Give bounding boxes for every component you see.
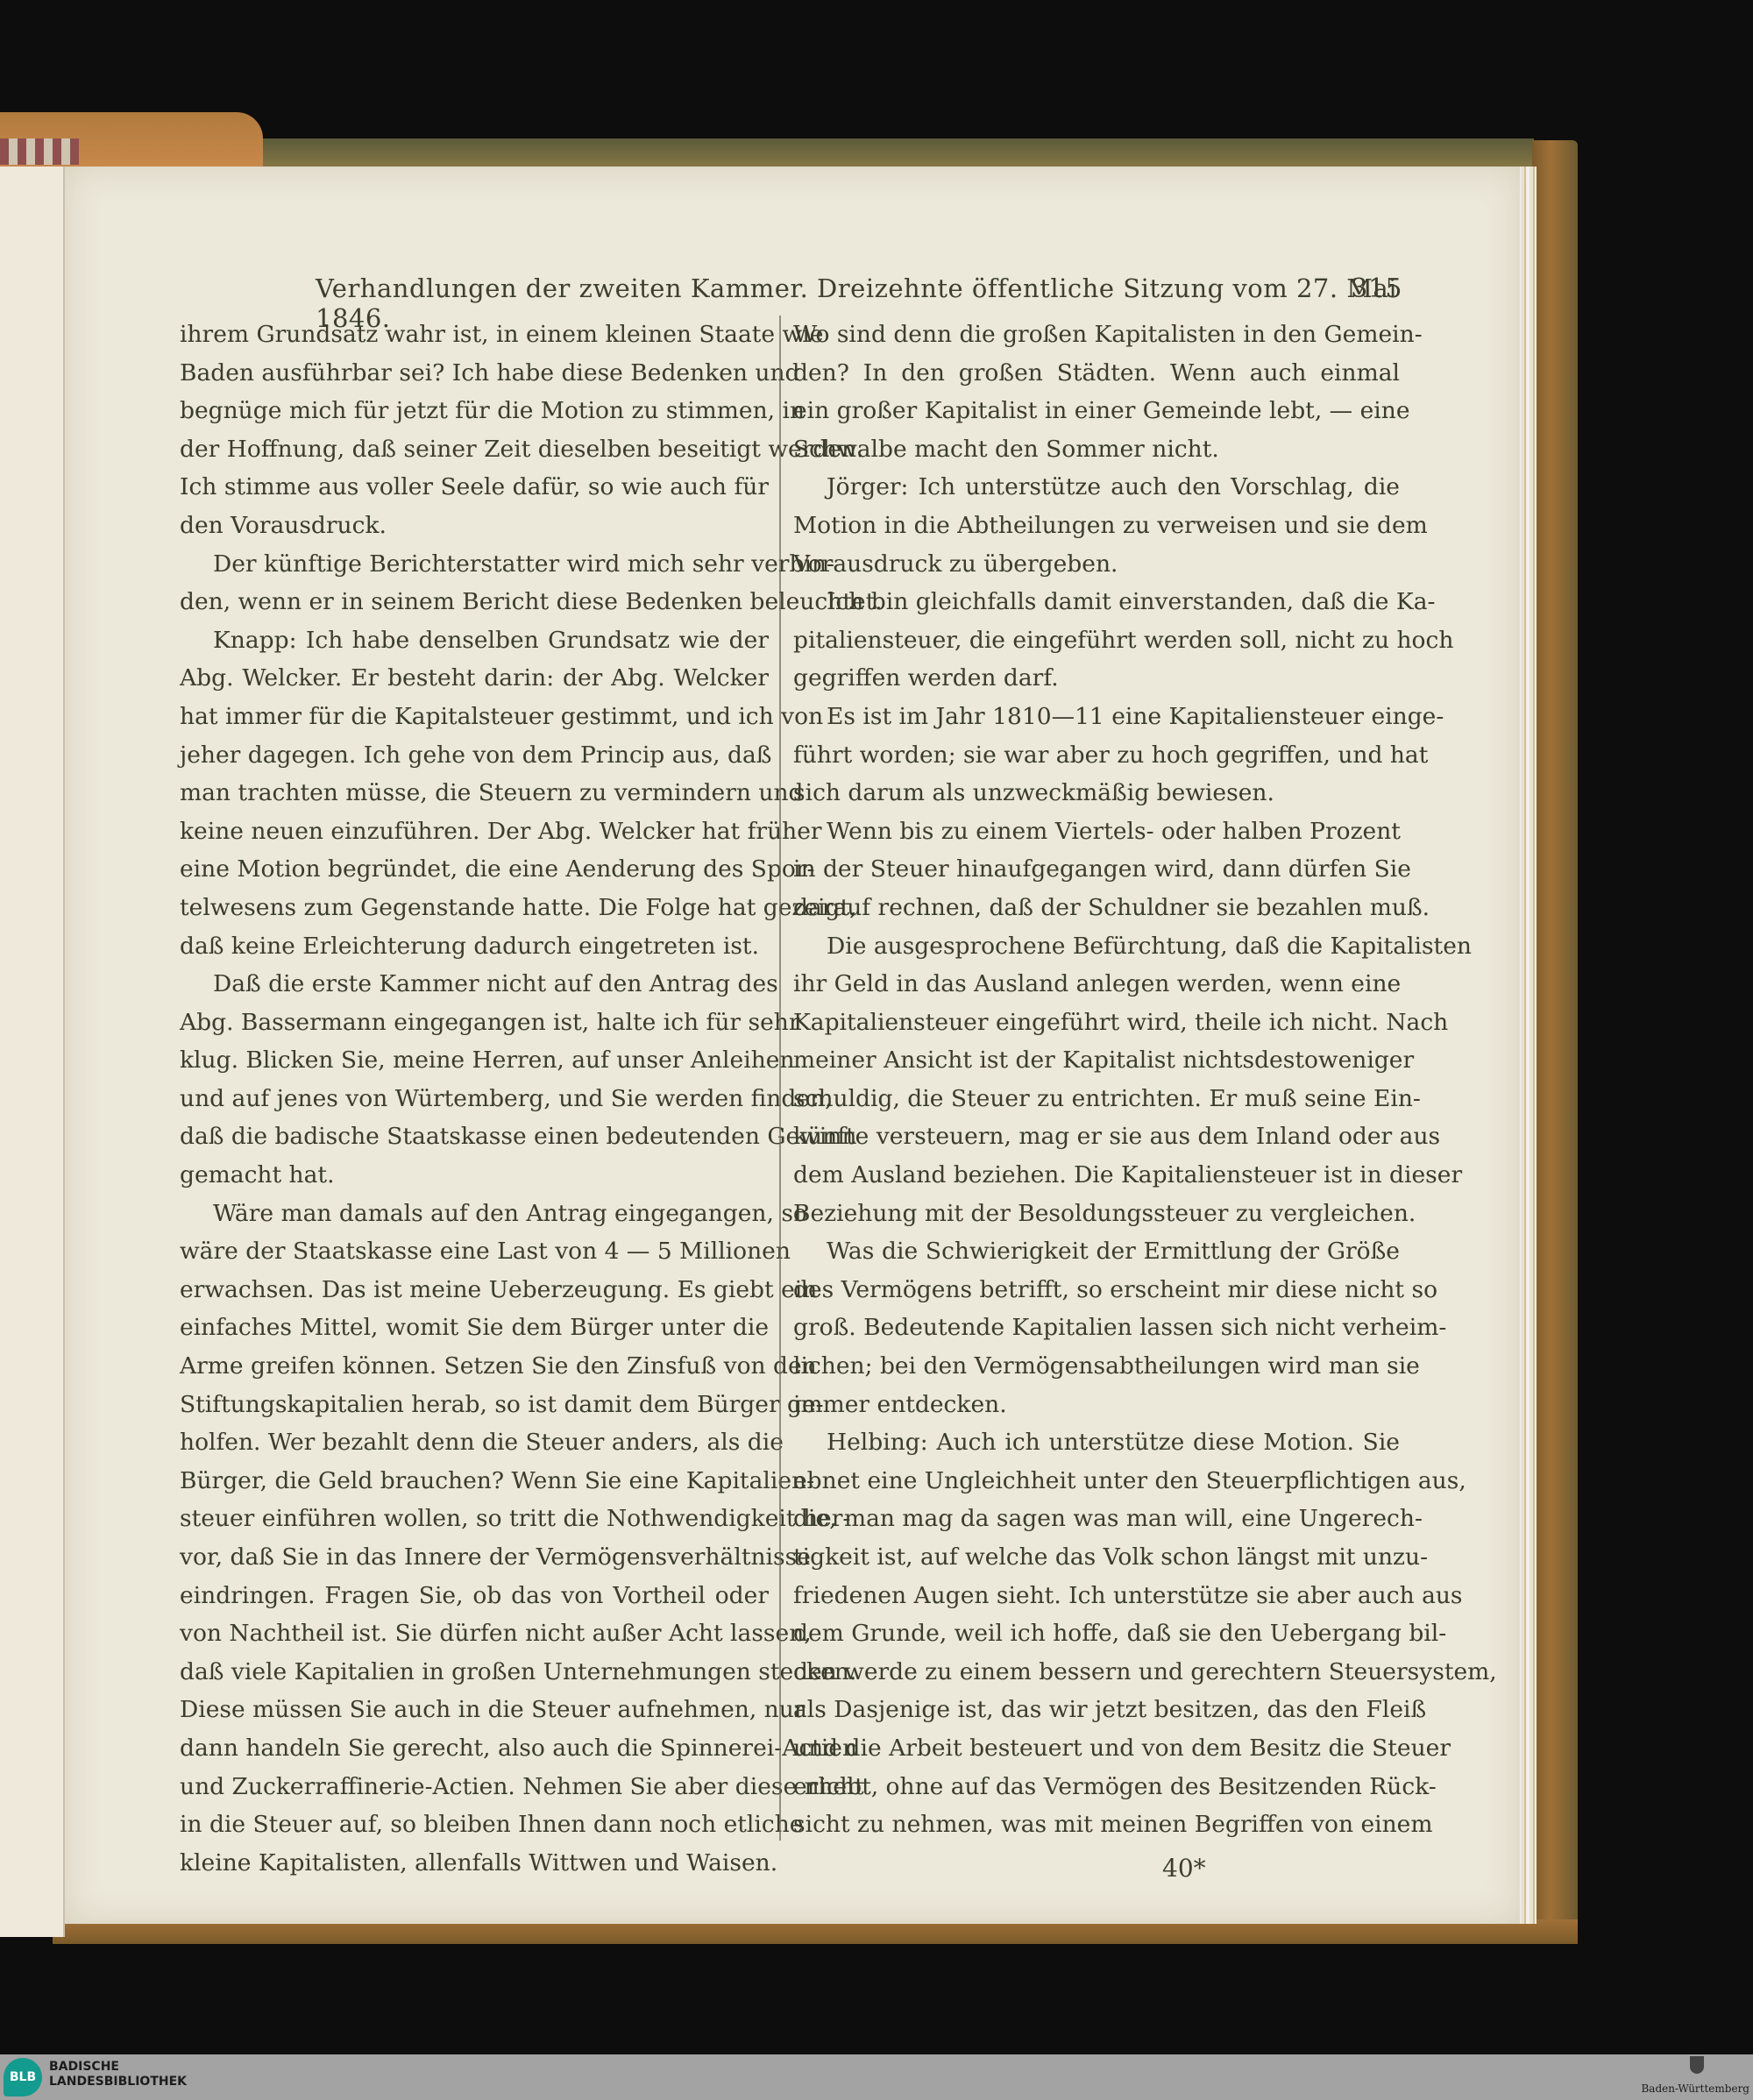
text-line: Ich bin gleichfalls damit einverstanden,… — [793, 583, 1400, 621]
text-line: Abg. Bassermann eingegangen ist, halte i… — [180, 1004, 769, 1042]
paragraph: Wenn bis zu einem Viertels- oder halben … — [793, 812, 1400, 927]
text-line: den, wenn er in seinem Bericht diese Bed… — [180, 583, 769, 621]
text-line: Knapp: Ich habe denselben Grundsatz wie … — [180, 621, 769, 660]
text-line: den Vorausdruck. — [180, 507, 769, 545]
paragraph: ihrem Grundsatz wahr ist, in einem klein… — [180, 316, 769, 545]
paragraph: Was die Schwierigkeit der Ermittlung der… — [793, 1232, 1400, 1423]
text-line: Motion in die Abtheilungen zu verweisen … — [793, 507, 1400, 545]
text-line: friedenen Augen sieht. Ich unterstütze s… — [793, 1577, 1400, 1615]
text-line: Wenn bis zu einem Viertels- oder halben … — [793, 812, 1400, 851]
paragraph: Die ausgesprochene Befürchtung, daß die … — [793, 927, 1400, 1233]
text-line: vor, daß Sie in das Innere der Vermögens… — [180, 1538, 769, 1577]
text-line: und auf jenes von Würtemberg, und Sie we… — [180, 1080, 769, 1118]
paragraph: Ich bin gleichfalls damit einverstanden,… — [793, 583, 1400, 698]
book-board-top — [263, 138, 1534, 170]
text-line: die, man mag da sagen was man will, eine… — [793, 1500, 1400, 1538]
text-line: hat immer für die Kapitalsteuer gestimmt… — [180, 698, 769, 736]
text-line: ein großer Kapitalist in einer Gemeinde … — [793, 392, 1400, 430]
text-line: künfte versteuern, mag er sie aus dem In… — [793, 1117, 1400, 1156]
text-line: immer entdecken. — [793, 1386, 1400, 1424]
text-line: jeher dagegen. Ich gehe von dem Princip … — [180, 736, 769, 775]
paragraph: Wäre man damals auf den Antrag eingegang… — [180, 1195, 769, 1883]
text-line: Wo sind denn die großen Kapitalisten in … — [793, 316, 1400, 354]
text-line: man trachten müsse, die Steuern zu vermi… — [180, 774, 769, 812]
text-line: gemacht hat. — [180, 1156, 769, 1195]
book-board-right — [1532, 140, 1578, 1937]
left-column: ihrem Grundsatz wahr ist, in einem klein… — [180, 316, 769, 1882]
text-line: Stiftungskapitalien herab, so ist damit … — [180, 1386, 769, 1424]
text-line: ebnet eine Ungleichheit unter den Steuer… — [793, 1462, 1400, 1501]
text-line: lichen; bei den Vermögensabtheilungen wi… — [793, 1347, 1400, 1386]
state-crest-icon — [1690, 2056, 1704, 2074]
footer-bar — [0, 2054, 1753, 2100]
text-line: von Nachtheil ist. Sie dürfen nicht auße… — [180, 1614, 769, 1653]
text-line: ihrem Grundsatz wahr ist, in einem klein… — [180, 316, 769, 354]
blb-logo-icon: BLB — [4, 2058, 42, 2096]
headband — [0, 138, 79, 165]
text-line: Jörger: Ich unterstütze auch den Vorschl… — [793, 468, 1400, 507]
text-line: meiner Ansicht ist der Kapitalist nichts… — [793, 1041, 1400, 1080]
text-line: Daß die erste Kammer nicht auf den Antra… — [180, 965, 769, 1004]
text-line: eine Motion begründet, die eine Aenderun… — [180, 850, 769, 889]
text-line: dem Grunde, weil ich hoffe, daß sie den … — [793, 1614, 1400, 1653]
column-rule — [779, 316, 781, 1841]
running-header: Verhandlungen der zweiten Kammer. Dreize… — [316, 273, 1402, 309]
library-name-line1: BADISCHE — [49, 2060, 187, 2075]
paragraph: Wo sind denn die großen Kapitalisten in … — [793, 316, 1400, 468]
text-line: pitaliensteuer, die eingeführt werden so… — [793, 621, 1400, 660]
page-number: 315 — [1351, 273, 1402, 304]
paragraph: Es ist im Jahr 1810—11 eine Kapitalienst… — [793, 698, 1400, 812]
text-line: einfaches Mittel, womit Sie dem Bürger u… — [180, 1309, 769, 1347]
text-line: den werde zu einem bessern und gerechter… — [793, 1653, 1400, 1692]
text-line: Die ausgesprochene Befürchtung, daß die … — [793, 927, 1400, 966]
text-line: in der Steuer hinaufgegangen wird, dann … — [793, 850, 1400, 889]
text-line: begnüge mich für jetzt für die Motion zu… — [180, 392, 769, 430]
text-line: sich darum als unzweckmäßig bewiesen. — [793, 774, 1400, 812]
text-line: Abg. Welcker. Er besteht darin: der Abg.… — [180, 659, 769, 698]
text-line: tigkeit ist, auf welche das Volk schon l… — [793, 1538, 1400, 1577]
text-line: sicht zu nehmen, was mit meinen Begriffe… — [793, 1806, 1400, 1844]
text-line: telwesens zum Gegenstande hatte. Die Fol… — [180, 889, 769, 927]
text-line: steuer einführen wollen, so tritt die No… — [180, 1500, 769, 1538]
text-line: Der künftige Berichterstatter wird mich … — [180, 545, 769, 584]
signature-mark: 40* — [1162, 1854, 1206, 1883]
paragraph: Knapp: Ich habe denselben Grundsatz wie … — [180, 621, 769, 965]
text-line: Kapitaliensteuer eingeführt wird, theile… — [793, 1004, 1400, 1042]
text-line: und die Arbeit besteuert und von dem Bes… — [793, 1729, 1400, 1768]
text-line: Wäre man damals auf den Antrag eingegang… — [180, 1195, 769, 1233]
right-column: Wo sind denn die großen Kapitalisten in … — [793, 316, 1400, 1844]
text-line: dann handeln Sie gerecht, also auch die … — [180, 1729, 769, 1768]
text-line: führt worden; sie war aber zu hoch gegri… — [793, 736, 1400, 775]
text-line: dem Ausland beziehen. Die Kapitaliensteu… — [793, 1156, 1400, 1195]
text-line: wäre der Staatskasse eine Last von 4 — 5… — [180, 1232, 769, 1271]
text-line: klug. Blicken Sie, meine Herren, auf uns… — [180, 1041, 769, 1080]
text-line: Was die Schwierigkeit der Ermittlung der… — [793, 1232, 1400, 1271]
text-line: Beziehung mit der Besoldungssteuer zu ve… — [793, 1195, 1400, 1233]
text-line: eindringen. Fragen Sie, ob das von Vorth… — [180, 1577, 769, 1615]
text-line: daß keine Erleichterung dadurch eingetre… — [180, 927, 769, 966]
library-name-line2: LANDESBIBLIOTHEK — [49, 2075, 187, 2089]
text-line: daß viele Kapitalien in großen Unternehm… — [180, 1653, 769, 1692]
facing-page-edge — [0, 167, 65, 1937]
text-line: Diese müssen Sie auch in die Steuer aufn… — [180, 1691, 769, 1729]
text-line: darauf rechnen, daß der Schuldner sie be… — [793, 889, 1400, 927]
state-name: Baden-Württemberg — [1641, 2082, 1749, 2095]
paragraph: Daß die erste Kammer nicht auf den Antra… — [180, 965, 769, 1195]
text-line: Bürger, die Geld brauchen? Wenn Sie eine… — [180, 1462, 769, 1501]
text-line: als Dasjenige ist, das wir jetzt besitze… — [793, 1691, 1400, 1729]
text-line: Arme greifen können. Setzen Sie den Zins… — [180, 1347, 769, 1386]
text-line: Ich stimme aus voller Seele dafür, so wi… — [180, 468, 769, 507]
library-name: BADISCHE LANDESBIBLIOTHEK — [49, 2060, 187, 2089]
text-line: Baden ausführbar sei? Ich habe diese Bed… — [180, 354, 769, 393]
text-line: kleine Kapitalisten, allenfalls Wittwen … — [180, 1844, 769, 1883]
text-line: Es ist im Jahr 1810—11 eine Kapitalienst… — [793, 698, 1400, 736]
text-line: daß die badische Staatskasse einen bedeu… — [180, 1117, 769, 1156]
paragraph: Jörger: Ich unterstütze auch den Vorschl… — [793, 468, 1400, 583]
paragraph: Der künftige Berichterstatter wird mich … — [180, 545, 769, 621]
text-line: den? In den großen Städten. Wenn auch ei… — [793, 354, 1400, 393]
text-line: des Vermögens betrifft, so erscheint mir… — [793, 1271, 1400, 1309]
text-line: ihr Geld in das Ausland anlegen werden, … — [793, 965, 1400, 1004]
paragraph: Helbing: Auch ich unterstütze diese Moti… — [793, 1423, 1400, 1844]
text-line: holfen. Wer bezahlt denn die Steuer ande… — [180, 1423, 769, 1462]
text-line: der Hoffnung, daß seiner Zeit dieselben … — [180, 430, 769, 469]
text-line: Vorausdruck zu übergeben. — [793, 545, 1400, 584]
text-line: erwachsen. Das ist meine Ueberzeugung. E… — [180, 1271, 769, 1309]
text-line: und Zuckerraffinerie-Actien. Nehmen Sie … — [180, 1768, 769, 1806]
text-line: erhebt, ohne auf das Vermögen des Besitz… — [793, 1768, 1400, 1806]
text-line: in die Steuer auf, so bleiben Ihnen dann… — [180, 1806, 769, 1844]
text-line: gegriffen werden darf. — [793, 659, 1400, 698]
text-line: Helbing: Auch ich unterstütze diese Moti… — [793, 1423, 1400, 1462]
text-line: schuldig, die Steuer zu entrichten. Er m… — [793, 1080, 1400, 1118]
text-line: groß. Bedeutende Kapitalien lassen sich … — [793, 1309, 1400, 1347]
text-line: keine neuen einzuführen. Der Abg. Welcke… — [180, 812, 769, 851]
text-line: Schwalbe macht den Sommer nicht. — [793, 430, 1400, 469]
